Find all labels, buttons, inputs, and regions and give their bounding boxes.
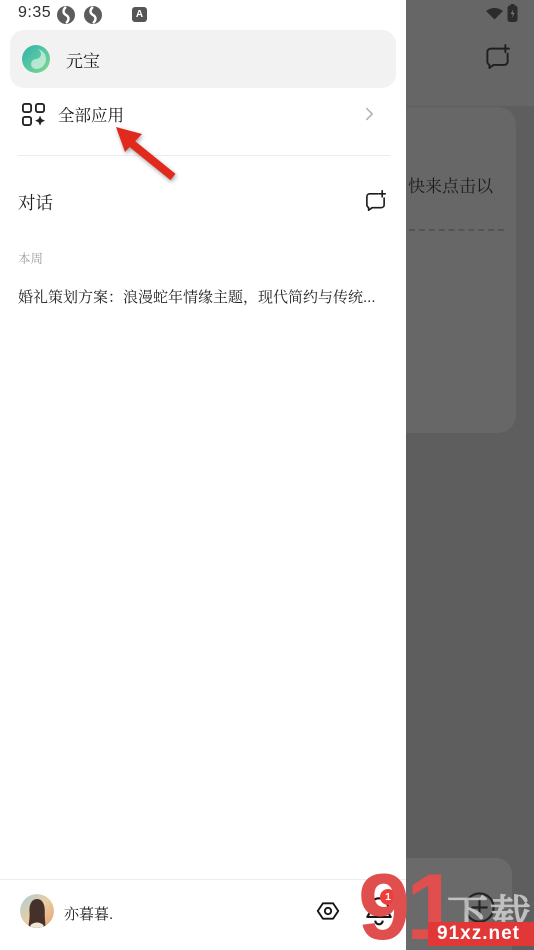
chevron-right-icon (365, 106, 374, 122)
notification-pinwheel-icon (56, 5, 76, 25)
new-chat-icon[interactable] (364, 189, 387, 212)
wifi-icon (485, 6, 504, 20)
letter-a-badge-icon: A (132, 7, 147, 22)
plus-circle-button[interactable] (463, 891, 496, 924)
all-apps-label: 全部应用 (58, 102, 124, 126)
sidebar-item-yuanbao[interactable]: 元宝 (10, 30, 396, 88)
sidebar-drawer: 9:35 A 元宝 (0, 0, 406, 950)
conversation-list-item[interactable]: 婚礼策划方案：浪漫蛇年情缘主题，现代简约与传统... (18, 288, 392, 308)
battery-charging-icon (507, 4, 518, 22)
notification-badge: 1 (380, 889, 396, 905)
section-label-this-week: 本周 (18, 249, 43, 267)
yuanbao-label: 元宝 (66, 47, 100, 72)
status-time: 9:35 (18, 4, 51, 22)
settings-hexagon-icon[interactable] (314, 897, 342, 925)
dimmed-card-text: 快来点击以 (408, 172, 493, 197)
sidebar-item-all-apps[interactable]: 全部应用 (0, 90, 396, 138)
dimmed-card: 快来点击以 (390, 107, 516, 433)
dashed-divider (409, 229, 504, 231)
divider (18, 155, 390, 156)
username: 亦暮暮. (64, 903, 113, 924)
all-apps-grid-icon (21, 102, 46, 127)
notification-pinwheel-icon (83, 5, 103, 25)
notification-bell-icon[interactable]: 1 (362, 893, 396, 927)
yuanbao-logo-icon (22, 45, 50, 73)
divider (0, 879, 406, 880)
avatar[interactable] (20, 894, 54, 928)
new-chat-icon[interactable] (484, 43, 511, 70)
chats-header: 对话 (18, 190, 53, 215)
dim-overlay-main-screen[interactable]: 快来点击以 (406, 0, 534, 950)
avatar-image (20, 894, 54, 928)
phone-screen: 9:35 A 元宝 (0, 0, 534, 950)
